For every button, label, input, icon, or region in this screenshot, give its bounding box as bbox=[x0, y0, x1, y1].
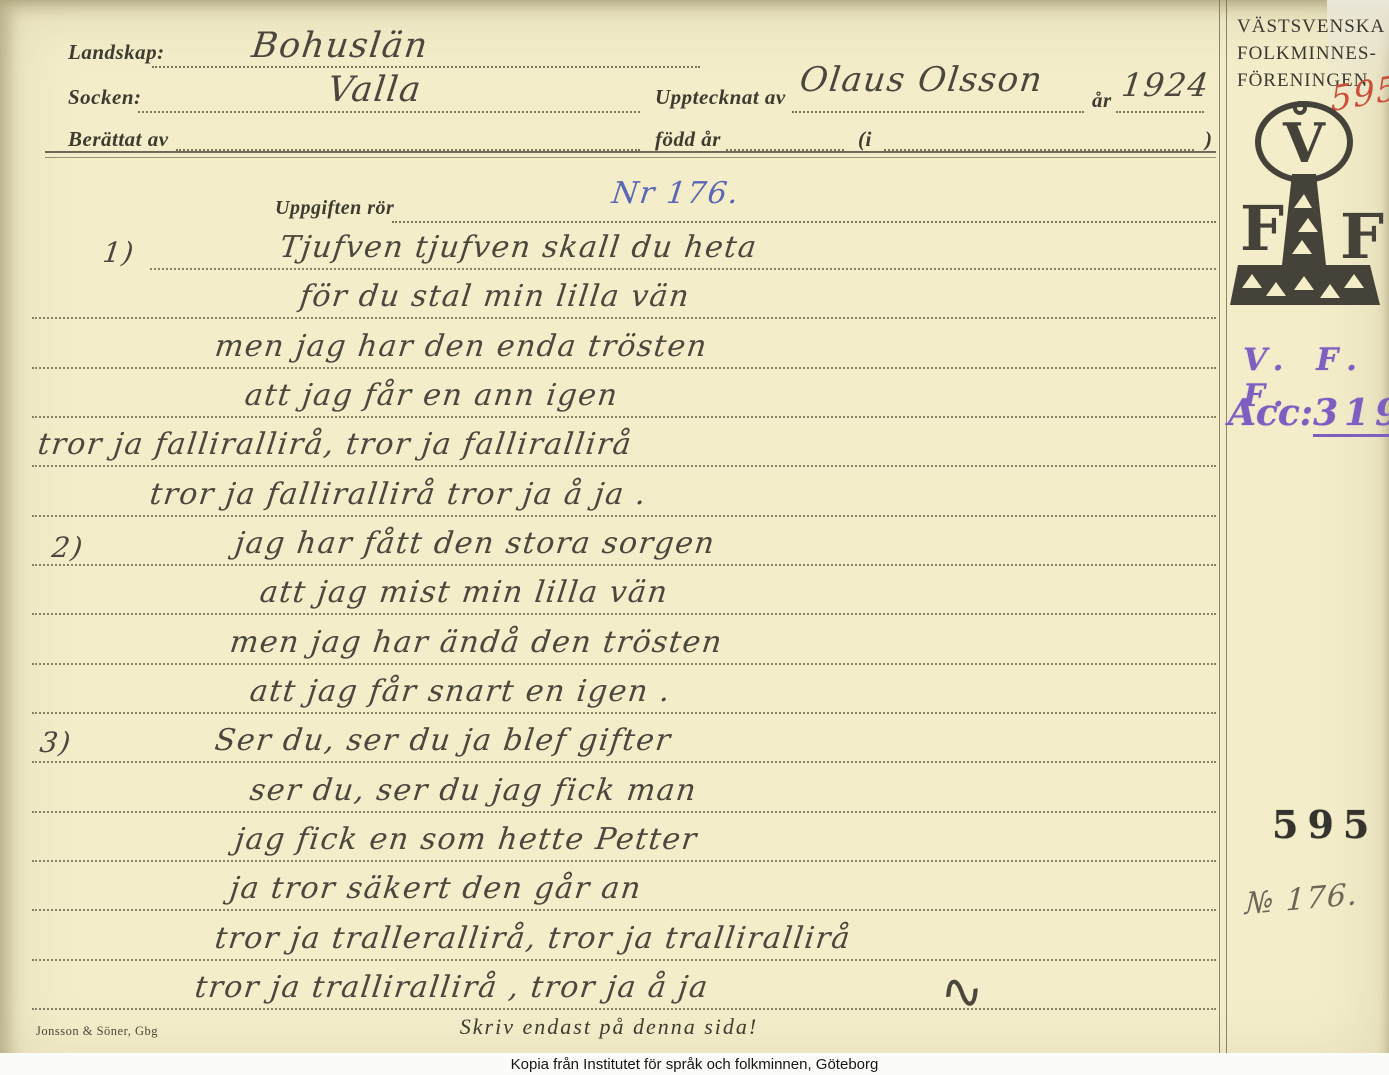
ruled-line bbox=[32, 1008, 1216, 1010]
upptecknat-value: Olaus Olsson bbox=[798, 60, 1046, 100]
fodd-ar-label: född år bbox=[655, 127, 721, 152]
song-line: men jag har den enda trösten bbox=[213, 329, 710, 364]
logo-letter-v: V bbox=[1282, 111, 1326, 175]
ruled-line bbox=[32, 465, 1216, 467]
ruled-line bbox=[32, 811, 1216, 813]
song-line: Ser du, ser du ja blef gifter bbox=[213, 723, 674, 758]
ar-value: 1924 bbox=[1120, 66, 1212, 104]
socken-label: Socken: bbox=[68, 85, 142, 110]
song-line: att jag får en ann igen bbox=[243, 378, 621, 413]
logo-letter-f-left: F bbox=[1240, 192, 1284, 265]
ruled-line bbox=[32, 367, 1216, 369]
accession-stamp-label: Acc: bbox=[1228, 392, 1313, 434]
logo-letter-f-right: F bbox=[1340, 200, 1384, 273]
verse-marker: 2) bbox=[50, 531, 86, 564]
song-line: jag fick en som hette Petter bbox=[233, 822, 700, 857]
socken-field-line bbox=[138, 111, 640, 113]
song-line: tror ja fallirallirå tror ja å ja . bbox=[148, 477, 649, 512]
archive-number-stamp: 595 bbox=[1272, 802, 1378, 847]
scan-caption-strip: Kopia från Institutet för språk och folk… bbox=[0, 1053, 1389, 1075]
ruled-line bbox=[32, 515, 1216, 517]
uppgiften-field-line bbox=[392, 221, 1216, 223]
ruled-line bbox=[32, 317, 1216, 319]
ruled-line bbox=[32, 564, 1216, 566]
vff-thors-hammer-logo: V F F bbox=[1230, 98, 1388, 313]
ruled-line bbox=[32, 663, 1216, 665]
write-only-this-side-note: Skriv endast på denna sida! bbox=[0, 1014, 1218, 1040]
berattat-label: Berättat av bbox=[68, 127, 169, 152]
song-line: tror ja fallirallirå, tror ja falliralli… bbox=[36, 427, 635, 462]
uppgiften-value: Nr 176. bbox=[610, 176, 742, 211]
accession-stamp: Acc:319 bbox=[1228, 392, 1389, 434]
socken-value: Valla bbox=[326, 70, 425, 110]
organization-name-line: VÄSTSVENSKA bbox=[1237, 13, 1385, 40]
landskap-field-line bbox=[152, 66, 700, 68]
accession-stamp-number: 319 bbox=[1313, 392, 1389, 437]
ruled-line bbox=[32, 712, 1216, 714]
ar-field-line bbox=[1116, 111, 1204, 113]
song-line: att jag får snart en igen . bbox=[248, 674, 673, 709]
scan-caption-text: Kopia från Institutet för språk och folk… bbox=[511, 1056, 879, 1073]
song-line: Tjufven tjufven skall du heta bbox=[278, 230, 760, 265]
verse-marker: 3) bbox=[38, 726, 74, 759]
ar-label: år bbox=[1092, 88, 1112, 113]
archive-record-card: Landskap: Bohuslän Socken: Valla Uppteck… bbox=[0, 0, 1389, 1075]
ruled-line bbox=[32, 909, 1216, 911]
song-line: att jag mist min lilla vän bbox=[258, 575, 671, 610]
ruled-line bbox=[32, 761, 1216, 763]
paren-close-label: ) bbox=[1205, 127, 1213, 152]
ruled-line bbox=[150, 268, 1216, 270]
landskap-value: Bohuslän bbox=[250, 26, 431, 66]
sidebar-divider-rule bbox=[1219, 0, 1227, 1053]
upptecknat-label: Upptecknat av bbox=[655, 85, 786, 110]
organization-name-line: FOLKMINNES- bbox=[1237, 40, 1385, 67]
song-line: ja tror säkert den går an bbox=[228, 871, 644, 906]
ruled-line bbox=[32, 613, 1216, 615]
ruled-line bbox=[32, 860, 1216, 862]
uppgiften-label: Uppgiften rör bbox=[275, 197, 394, 220]
pencil-item-number: № 176. bbox=[1244, 877, 1359, 922]
ruled-line bbox=[32, 959, 1216, 961]
song-line: ser du, ser du jag fick man bbox=[248, 773, 699, 808]
song-line: för du stal min lilla vän bbox=[298, 279, 692, 314]
song-line: jag har fått den stora sorgen bbox=[233, 526, 718, 561]
upptecknat-field-line bbox=[792, 111, 1084, 113]
header-divider-rule bbox=[45, 151, 1216, 158]
ruled-line bbox=[32, 416, 1216, 418]
landskap-label: Landskap: bbox=[68, 40, 165, 65]
verse-marker: 1) bbox=[101, 236, 137, 269]
paren-open-label: (i bbox=[858, 127, 872, 152]
song-line: men jag har ändå den trösten bbox=[228, 625, 725, 660]
song-line: tror ja trallirallirå , tror ja å ja bbox=[193, 970, 711, 1005]
song-line: tror ja trallerallirå, tror ja tralliral… bbox=[213, 921, 853, 956]
